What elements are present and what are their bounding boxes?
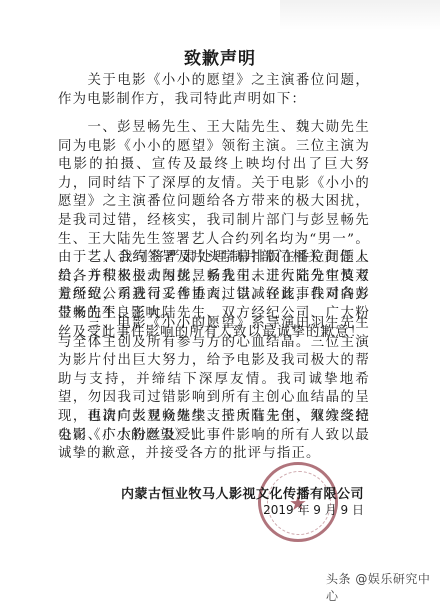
intro-paragraph: 关于电影《小小的愿望》之主演番位问题，作为电影制作方，我司特此声明如下： bbox=[58, 72, 370, 109]
company-signature: 内蒙古恒业牧马人影视文化传播有限公司 bbox=[121, 483, 364, 502]
signature-date: 2019 年 9 月 9 日 bbox=[263, 501, 364, 518]
section-two-paragraph: 二、我司将严肃处理制片部门相关责任人员，并积极主动与彭昱畅先生、王大陆先生及双方… bbox=[58, 249, 370, 323]
document-title: 致歉声明 bbox=[0, 44, 440, 69]
scan-noise bbox=[280, 0, 440, 30]
watermark: 头条 @娱乐研究中心 bbox=[326, 570, 440, 601]
closing-paragraph: 再次向彭昱畅先生、王大陆先生、双方经纪公司、广大粉丝及受此事件影响的所有人致以最… bbox=[58, 408, 370, 464]
